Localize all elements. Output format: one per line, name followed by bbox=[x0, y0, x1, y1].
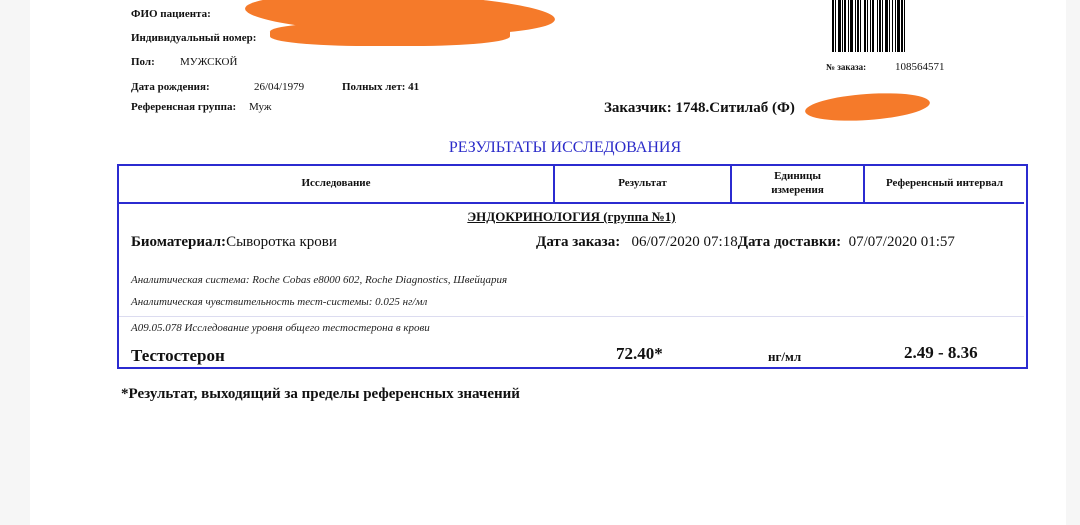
order-date-label: Дата заказа: bbox=[536, 234, 620, 250]
sensitivity: Аналитическая чувствительность тест-сист… bbox=[131, 296, 427, 308]
ref-group-label: Референсная группа: bbox=[131, 101, 236, 113]
delivery-date-label: Дата доставки: bbox=[738, 234, 841, 250]
sex-value: МУЖСКОЙ bbox=[180, 56, 237, 68]
dob-value: 26/04/1979 bbox=[254, 81, 304, 93]
ref-group-value: Муж bbox=[249, 101, 271, 113]
age-label: Полных лет: 41 bbox=[342, 81, 419, 93]
biomaterial-value: Сыворотка крови bbox=[226, 234, 337, 250]
sex-label: Пол: bbox=[131, 56, 155, 68]
biomaterial-label: Биоматериал: bbox=[131, 234, 226, 250]
patient-name-label: ФИО пациента: bbox=[131, 8, 211, 20]
order-date: Дата заказа: 06/07/2020 07:18Дата достав… bbox=[536, 234, 955, 251]
analytic-system: Аналитическая система: Roche Cobas e8000… bbox=[131, 274, 507, 286]
patient-id-label: Индивидуальный номер: bbox=[131, 32, 256, 44]
test-code-description: A09.05.078 Исследование уровня общего те… bbox=[131, 322, 430, 334]
header-reference: Референсный интервал bbox=[865, 164, 1024, 204]
header-result: Результат bbox=[555, 164, 730, 204]
header-units: Единицы измерения bbox=[732, 164, 863, 204]
delivery-date-value: 07/07/2020 01:57 bbox=[849, 234, 955, 250]
order-number-value: 108564571 bbox=[895, 61, 945, 73]
group-heading: ЭНДОКРИНОЛОГИЯ (группа №1) bbox=[119, 209, 1024, 225]
order-date-value: 06/07/2020 07:18 bbox=[631, 234, 737, 250]
header-test: Исследование bbox=[119, 164, 553, 204]
column-divider bbox=[730, 164, 732, 204]
dob-label: Дата рождения: bbox=[131, 81, 210, 93]
test-reference: 2.49 - 8.36 bbox=[904, 343, 978, 363]
biomaterial: Биоматериал:Сыворотка крови bbox=[131, 234, 337, 251]
order-number-label: № заказа: bbox=[826, 62, 866, 72]
barcode bbox=[832, 0, 964, 52]
row-divider bbox=[119, 316, 1024, 317]
column-divider bbox=[553, 164, 555, 204]
customer: Заказчик: 1748.Ситилаб (Ф) bbox=[604, 100, 795, 117]
footnote: *Результат, выходящий за пределы референ… bbox=[121, 386, 520, 403]
test-units: нг/мл bbox=[768, 349, 801, 365]
test-result: 72.40* bbox=[616, 344, 663, 364]
column-divider bbox=[863, 164, 865, 204]
test-name: Тестостерон bbox=[131, 346, 225, 366]
redaction-mark bbox=[270, 22, 510, 46]
results-title: РЕЗУЛЬТАТЫ ИССЛЕДОВАНИЯ bbox=[0, 139, 1080, 157]
